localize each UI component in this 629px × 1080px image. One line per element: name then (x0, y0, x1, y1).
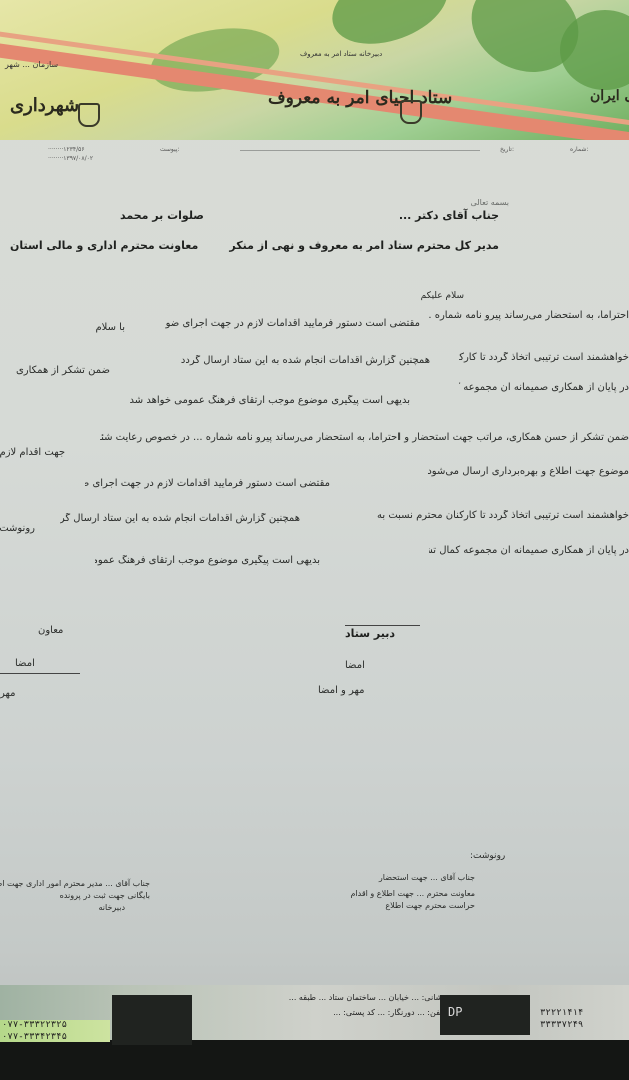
cc-line: حراست محترم جهت اطلاع (305, 900, 475, 912)
cc-line: بایگانی جهت ثبت در پرونده (0, 890, 150, 902)
body-line: خواهشمند است ترتیبی اتخاذ گردد تا کارکنا… (374, 510, 629, 522)
signature-stroke (345, 625, 420, 626)
footer-block (112, 995, 192, 1045)
cc-line: جناب آقای ... جهت استحضار (305, 872, 475, 884)
body-line: موضوع جهت اطلاع و بهره‌برداری ارسال می‌ش… (399, 466, 629, 478)
attachment-label: پیوست: (160, 146, 180, 153)
footer-phone: ۰۷۷-۳۳۳۴۲۳۴۵ (2, 1032, 67, 1042)
document-page (0, 0, 629, 1080)
letterhead-subline-center: دبیرخانه ستاد امر به معروف (300, 50, 382, 58)
cc-line: جناب آقای ... مدیر محترم امور اداری جهت … (0, 878, 150, 890)
signature-right-role: مهر و امضا (318, 685, 365, 697)
emblem-icon (78, 103, 100, 127)
addressee-title: مدیر کل محترم ستاد امر به معروف و نهی از… (229, 240, 499, 252)
date-label: تاریخ: (500, 146, 514, 153)
cc-line: معاونت محترم ... جهت اطلاع و اقدام (305, 888, 475, 900)
cc-line: دبیرخانه (0, 902, 125, 914)
margin-note: جهت اقدام لازم (0, 447, 65, 459)
body-line: مقتضی است دستور فرمایید اقدامات لازم در … (165, 318, 420, 330)
footer-phone: ۰۷۷-۳۳۳۲۲۳۲۵ (2, 1020, 67, 1030)
signature-stroke (0, 673, 80, 674)
footer-contact: تلفن: ... دورنگار: ... کد پستی: ... (215, 1008, 445, 1017)
basmala: بسمه تعالی (471, 197, 509, 209)
footer-address: نشانی: ... خیابان ... ساختمان ستاد ... ط… (215, 993, 445, 1002)
letterhead-subline-left: سازمان ... شهر (5, 60, 58, 69)
body-line: بدیهی است پیگیری موضوع موجب ارتقای فرهنگ… (95, 555, 320, 567)
letterhead-org-center: ستاد احیای امر به معروف (268, 88, 452, 108)
signature-left-name: امضا (15, 658, 35, 670)
body-line: احتراماً، به استحضار می‌رساند پیرو نامه … (429, 310, 629, 322)
cc-label: رونوشت: (470, 850, 505, 862)
greeting: سلام علیکم (421, 290, 464, 302)
body-line: همچنین گزارش اقدامات انجام شده به این ست… (140, 355, 430, 367)
signature-right-name: امضا (345, 660, 365, 672)
body-line: احتراماً، به استحضار می‌رساند پیرو نامه … (100, 432, 400, 444)
margin-note: با سلام (0, 322, 125, 334)
footer-phone: ۳۳۳۳۷۲۴۹ (540, 1020, 583, 1030)
ref-number: ········۱۲۳۴/۵۶ (48, 146, 85, 153)
body-line: در پایان از همکاری صمیمانه آن مجموعه کما… (459, 382, 629, 394)
body-line: همچنین گزارش اقدامات انجام شده به این ست… (60, 513, 300, 525)
signature-left-title: معاون (38, 625, 63, 637)
margin-note: رونوشت (0, 523, 35, 535)
letterhead-org-right: جمهوری اسلامی ایران (590, 88, 629, 104)
addressee-left-1: صلوات بر محمد (120, 210, 204, 222)
number-label: شماره: (570, 146, 588, 153)
footer-badge: DP (448, 1005, 462, 1019)
addressee-left-2: معاونت محترم اداری و مالی استان (10, 240, 198, 252)
footer-phone: ۳۲۲۲۱۴۱۴ (540, 1008, 583, 1018)
letterhead-org-left: شهرداری (10, 95, 79, 116)
signature-right-title: دبیر ستاد (345, 628, 395, 640)
date-value: ········۱۳۹۷/۰۸/۰۲ (48, 155, 93, 162)
margin-note: ضمن تشکر از همکاری (0, 365, 110, 377)
body-line: خواهشمند است ترتیبی اتخاذ گردد تا کارکنا… (459, 352, 629, 364)
divider (240, 150, 480, 151)
body-line: مقتضی است دستور فرمایید اقدامات لازم در … (85, 478, 330, 490)
letterhead: سازمان ... شهر شهرداری دبیرخانه ستاد امر… (0, 0, 629, 140)
emblem-icon (400, 100, 422, 124)
signature-left-role: مهر (0, 688, 15, 700)
addressee-name: جناب آقای دکتر ... (399, 210, 499, 222)
body-line: ضمن تشکر از حسن همکاری، مراتب جهت استحضا… (399, 432, 629, 444)
body-line: در پایان از همکاری صمیمانه آن مجموعه کما… (429, 545, 629, 557)
body-line: بدیهی است پیگیری موضوع موجب ارتقای فرهنگ… (130, 395, 410, 407)
